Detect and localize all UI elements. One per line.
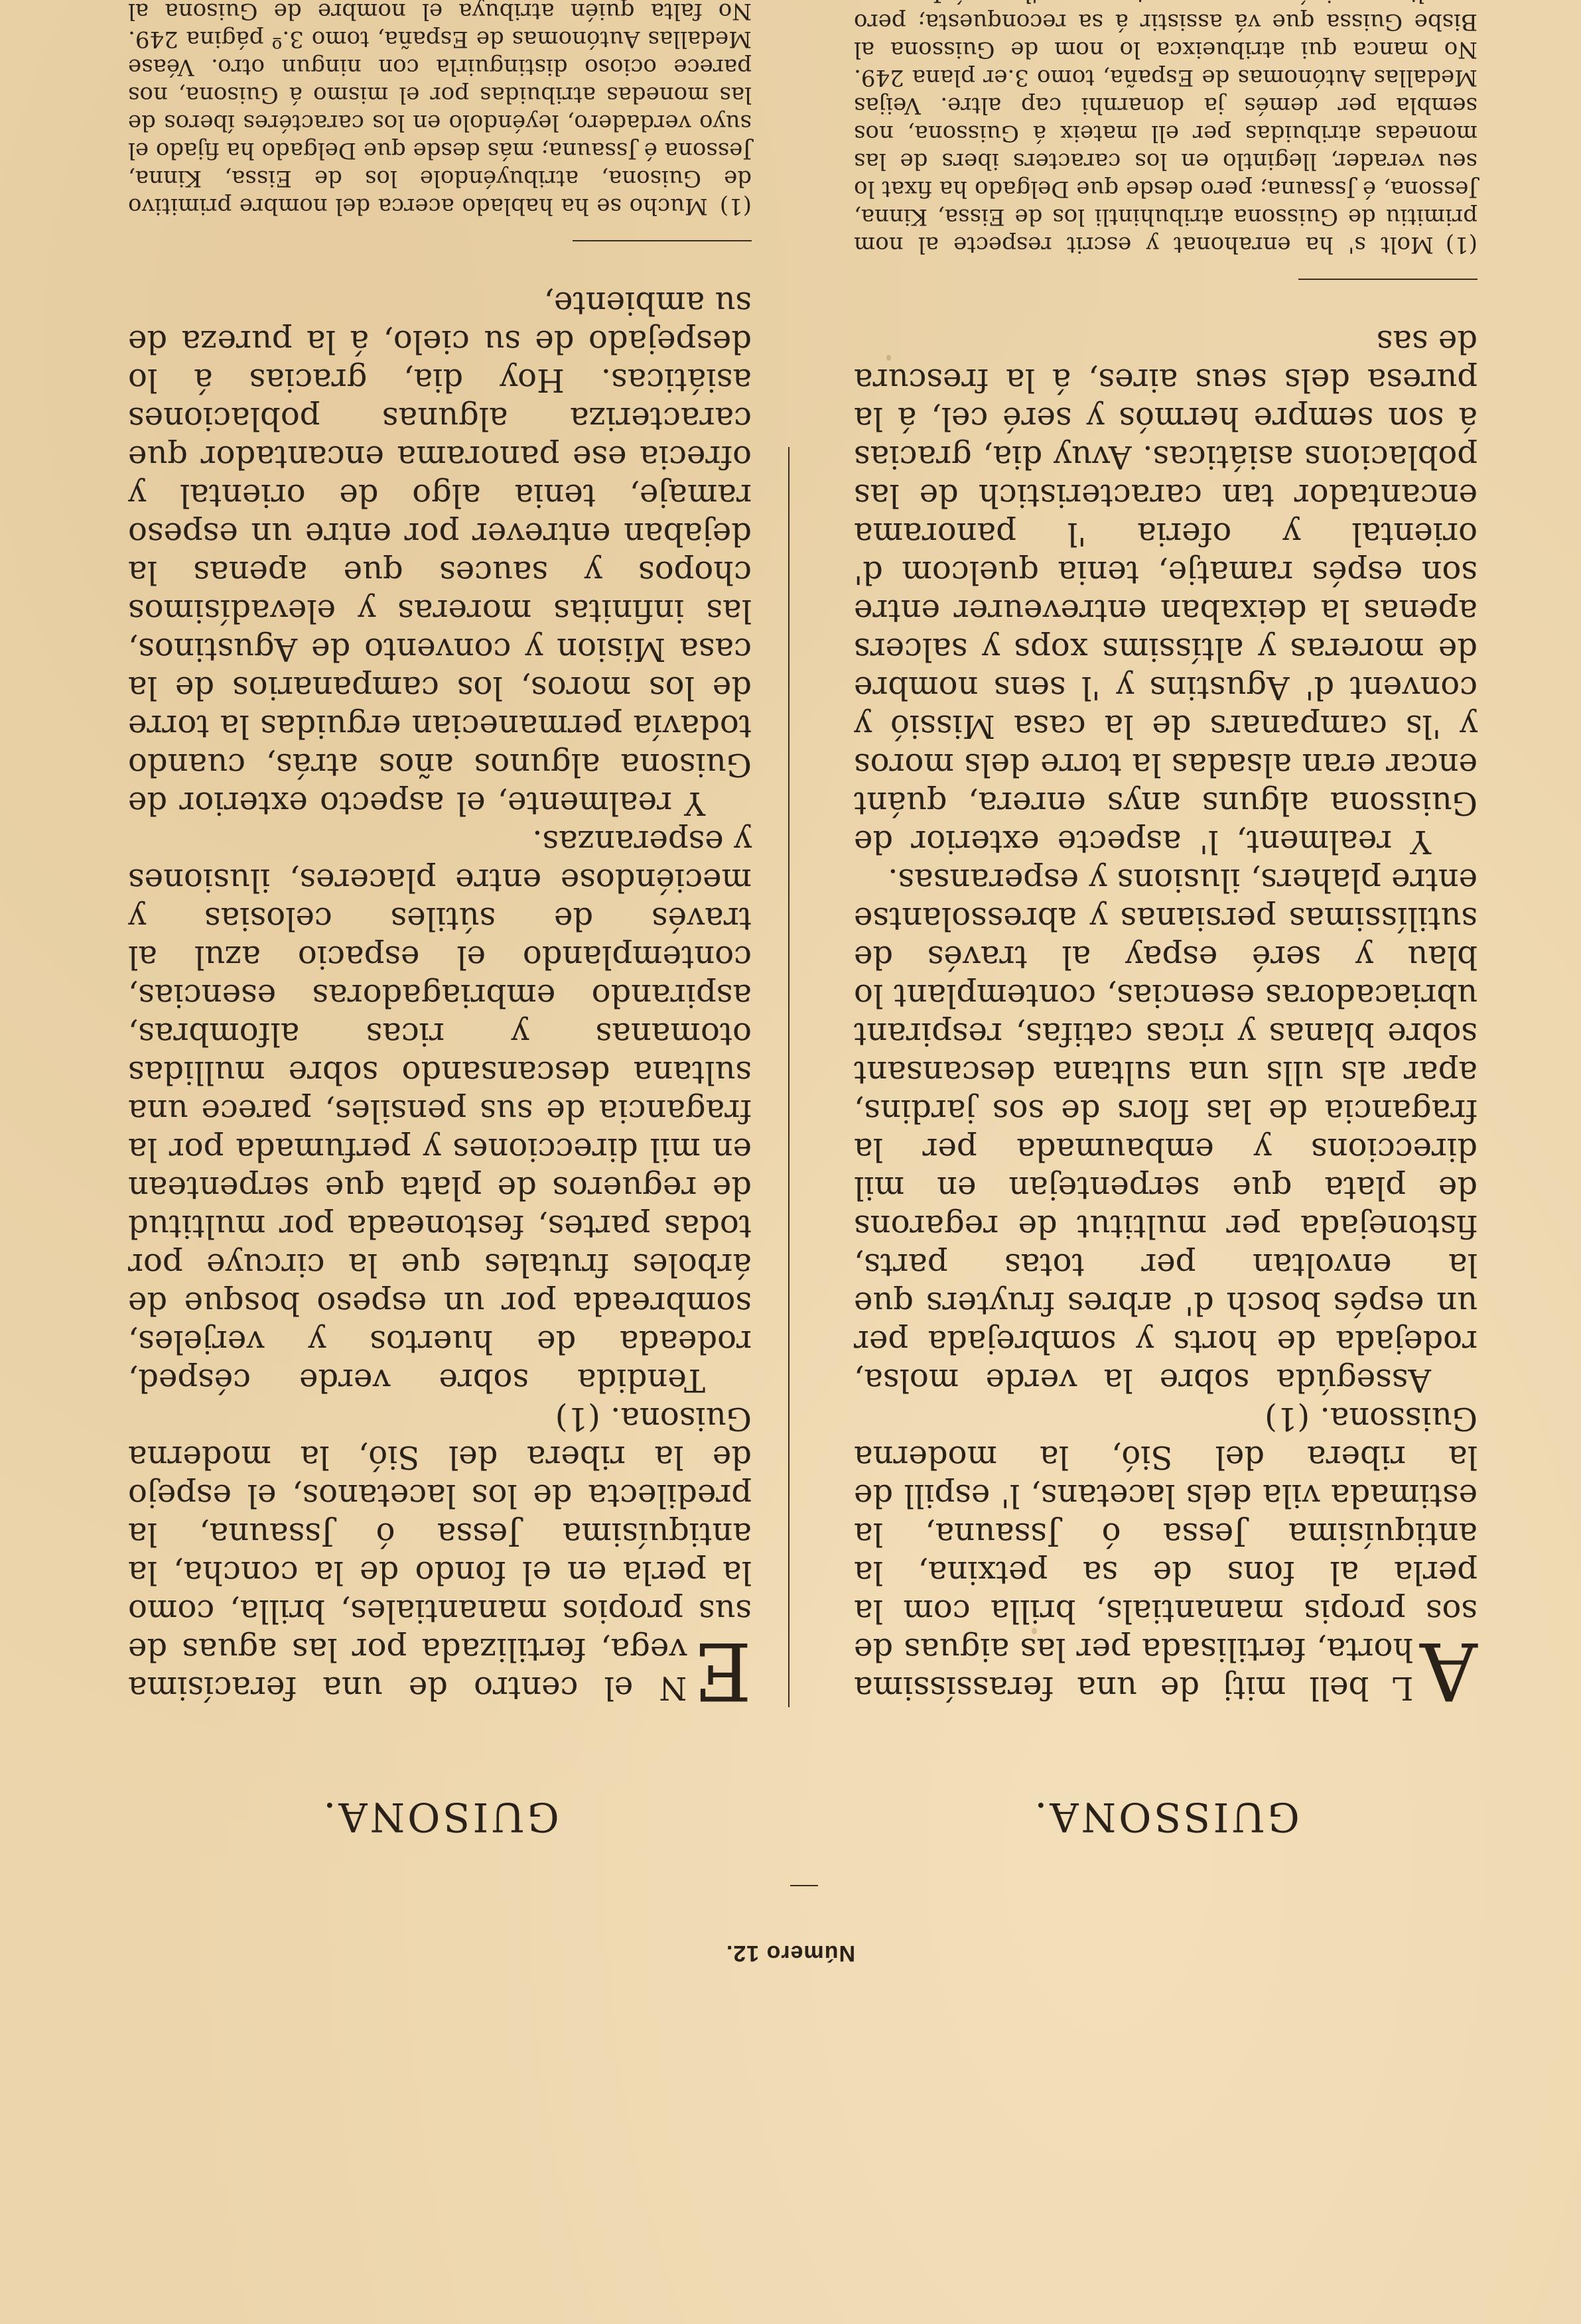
catalan-paragraph-2: Assegúda sobre la verde molsa, rodejada … [854, 861, 1478, 1399]
catalan-title: GUISSONA. [854, 1787, 1478, 1846]
spanish-dropcap: E [693, 1637, 752, 1703]
spanish-paragraph-1-text: N el centro de una feracísima vega, fert… [128, 1400, 752, 1707]
scanned-page: Número 12. GUISSONA. AL bell mitj de una… [0, 0, 1581, 2324]
spanish-footnote: (1)Mucho se ha hablado acerca del nombre… [128, 0, 752, 220]
issue-rule [790, 1885, 818, 1886]
paper-speck [1032, 1628, 1037, 1634]
column-divider [788, 447, 790, 1707]
paper-speck [886, 355, 891, 361]
catalan-column: GUISSONA. AL bell mitj de una ferassíssi… [854, 0, 1478, 1846]
catalan-paragraph-3: Y realment, l' aspecte exterior de Guiss… [854, 322, 1478, 861]
catalan-paragraph-1: AL bell mitj de una ferassíssima horta, … [854, 1399, 1478, 1707]
catalan-footnote-mark: (1) [1446, 231, 1478, 258]
spanish-body: EN el centro de una feracísima vega, fer… [128, 284, 752, 1707]
issue-number: Número 12. [0, 1940, 1581, 1966]
spanish-column: GUISONA. EN el centro de una feracísima … [128, 0, 752, 1846]
spanish-paragraph-3: Y realmente, el aspecto exterior de Guis… [128, 284, 752, 822]
catalan-paragraph-1-text: L bell mitj de una ferassíssima horta, f… [854, 1400, 1478, 1707]
spanish-title: GUISONA. [128, 1787, 752, 1846]
catalan-dropcap: A [1420, 1637, 1478, 1703]
spanish-paragraph-1: EN el centro de una feracísima vega, fer… [128, 1399, 752, 1707]
catalan-body: AL bell mitj de una ferassíssima horta, … [854, 322, 1478, 1707]
spanish-footnote-rule [573, 240, 752, 241]
catalan-footnote-rule [1298, 279, 1478, 280]
catalan-footnote-text: Molt s' ha enrahonat y escrit respecte a… [854, 0, 1478, 258]
spanish-footnote-text: Mucho se ha hablado acerca del nombre pr… [128, 0, 752, 220]
spanish-footnote-mark: (1) [720, 193, 752, 220]
catalan-footnote: (1)Molt s' ha enrahonat y escrit respect… [854, 0, 1478, 259]
spanish-paragraph-2: Tendida sobre verde césped, rodeada de h… [128, 822, 752, 1399]
